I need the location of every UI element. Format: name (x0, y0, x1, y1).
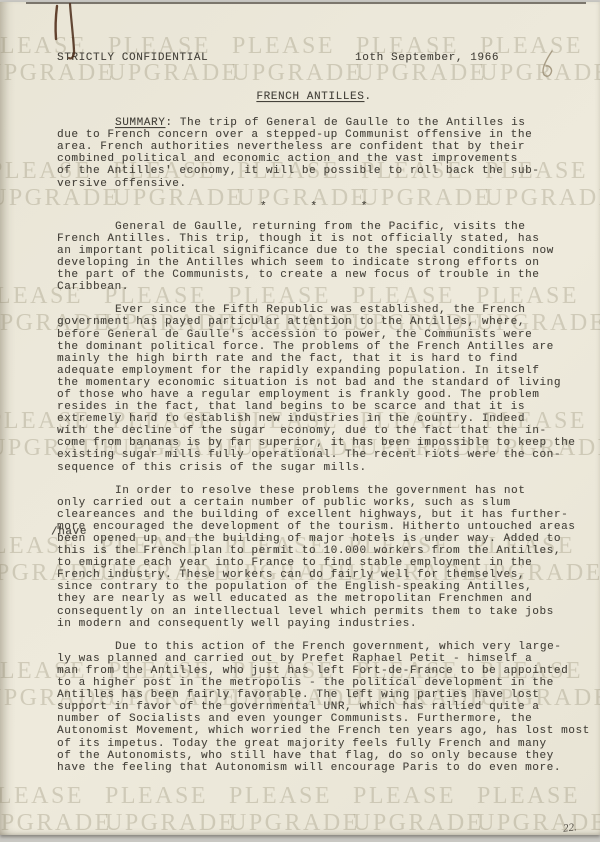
watermark-text: UPGRADE (0, 810, 112, 837)
watermark-text: UPGRADE (105, 810, 236, 837)
paragraph-3: In order to resolve these problems the g… (57, 485, 571, 630)
date-label: 1oth September, 1966 (355, 52, 499, 64)
document-header: STRICTLY CONFIDENTIAL 1oth September, 19… (57, 52, 571, 64)
watermark-text: PLEASE (105, 783, 208, 810)
paragraph-3-text: In order to resolve these problems the g… (57, 485, 575, 630)
watermark-text: PLEASE (353, 783, 456, 810)
paragraph-4: Due to this action of the French governm… (57, 641, 571, 774)
watermark-text: PLEASE (229, 783, 332, 810)
summary-paragraph: SUMMARY: The trip of General de Gaulle t… (57, 117, 571, 190)
watermark-text: PLEASE (477, 783, 580, 810)
pen-stroke-right-icon (69, 4, 74, 58)
watermark-text: UPGRADE (229, 810, 360, 837)
scan-top-edge (26, 2, 586, 4)
pen-stroke-left-icon (56, 6, 57, 39)
watermark-text: UPGRADE (477, 810, 600, 837)
paragraph-1: General de Gaulle, returning from the Pa… (57, 221, 571, 294)
document-page: PLEASEUPGRADEPLEASEUPGRADEPLEASEUPGRADEP… (0, 2, 600, 835)
watermark-text: PLEASE (0, 783, 84, 810)
classification-label: STRICTLY CONFIDENTIAL (57, 52, 208, 64)
page-number: 22. (562, 821, 577, 834)
typed-insertion-have: /have (51, 525, 87, 538)
section-separator: * * * (57, 201, 571, 213)
title-period: . (364, 91, 371, 103)
watermark-text: UPGRADE (353, 810, 484, 837)
document-body: STRICTLY CONFIDENTIAL 1oth September, 19… (57, 52, 571, 785)
paragraph-2: Ever since the Fifth Republic was establ… (57, 304, 571, 473)
page-title: FRENCH ANTILLES. (57, 91, 571, 103)
summary-label: SUMMARY (115, 117, 165, 129)
title-text: FRENCH ANTILLES (256, 91, 364, 103)
